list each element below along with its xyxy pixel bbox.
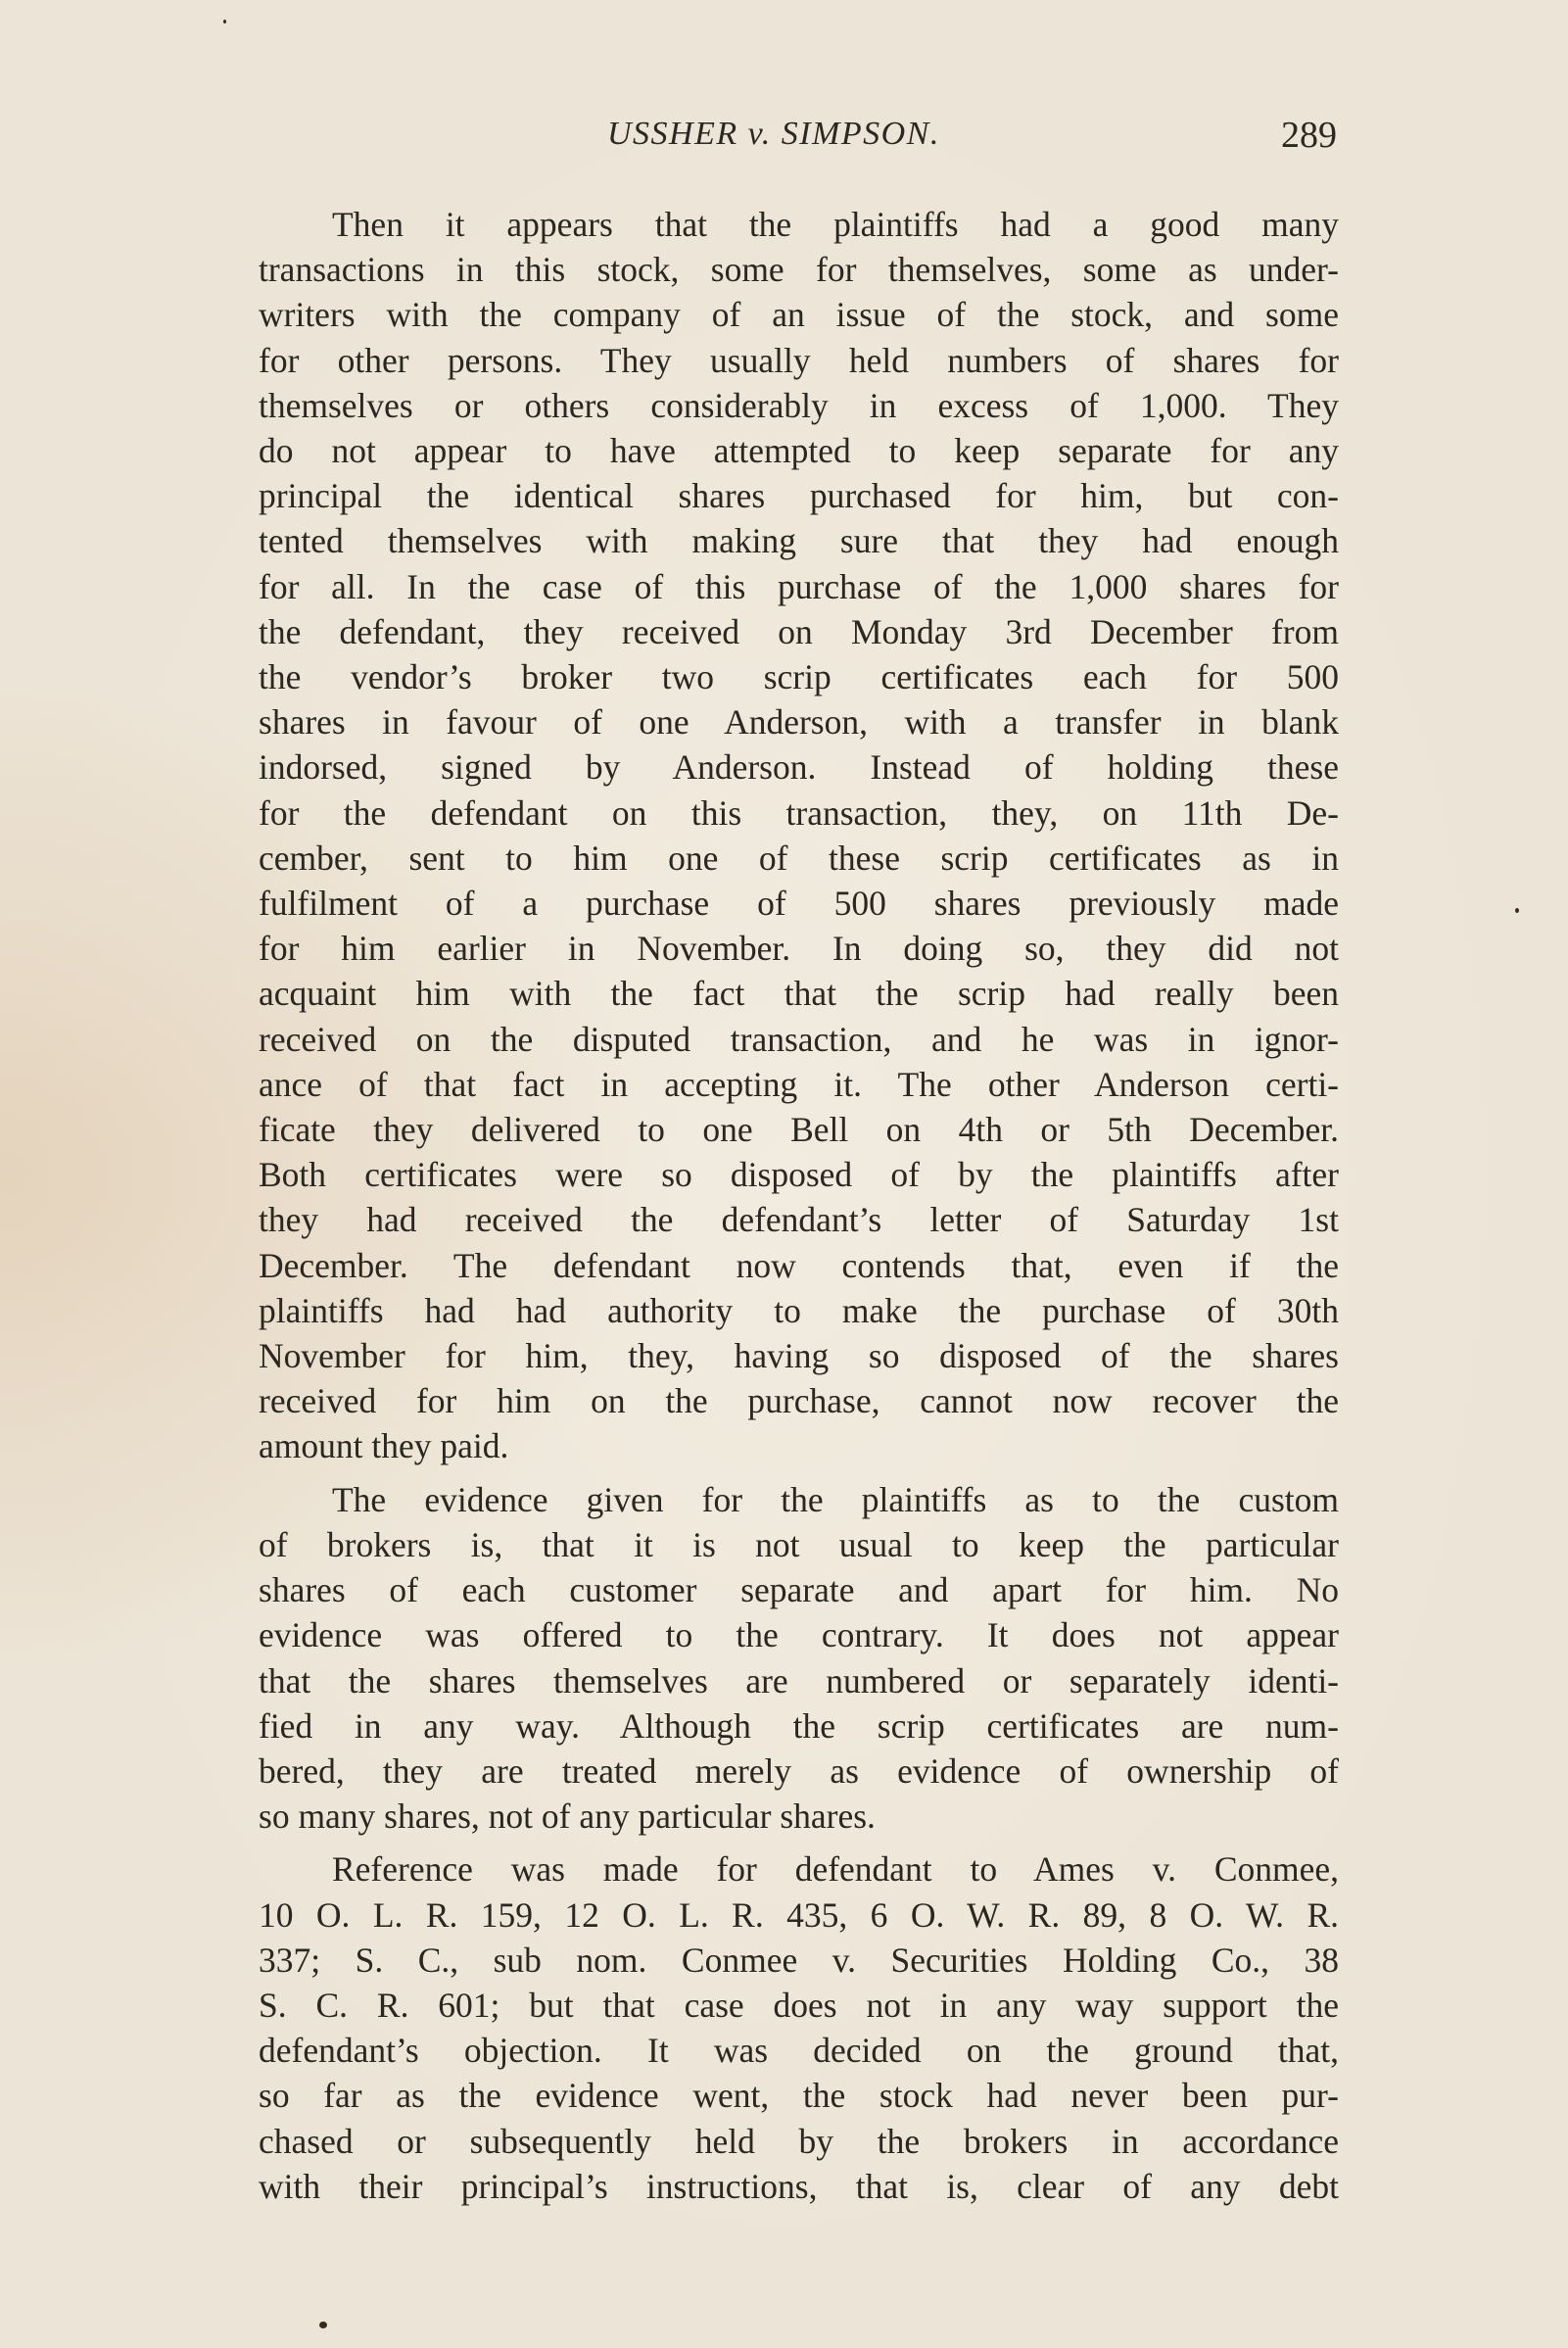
paragraph-2: The evidence given for the plaintiffs as… (259, 1477, 1339, 1840)
text-line: fulfilment of a purchase of 500 shares p… (259, 881, 1339, 926)
book-page: USSHER v. SIMPSON. 289 Then it appears t… (259, 116, 1339, 2209)
text-line: 337; S. C., sub nom. Conmee v. Securitie… (259, 1938, 1339, 1983)
text-line: transactions in this stock, some for the… (259, 247, 1339, 292)
text-line: for him earlier in November. In doing so… (259, 926, 1339, 971)
text-line: evidence was offered to the contrary. It… (259, 1612, 1339, 1657)
page-number: 289 (1281, 114, 1337, 157)
text-line: defendant’s objection. It was decided on… (259, 2028, 1339, 2073)
text-line: themselves or others considerably in exc… (259, 383, 1339, 428)
text-line: do not appear to have attempted to keep … (259, 428, 1339, 473)
text-line: received on the disputed transaction, an… (259, 1017, 1339, 1062)
text-line: shares in favour of one Anderson, with a… (259, 699, 1339, 744)
text-line: S. C. R. 601; but that case does not in … (259, 1983, 1339, 2028)
text-line: plaintiffs had had authority to make the… (259, 1288, 1339, 1333)
text-line: principal the identical shares purchased… (259, 473, 1339, 518)
paper-speck (1515, 908, 1519, 913)
text-line: cember, sent to him one of these scrip c… (259, 836, 1339, 881)
paper-speck (319, 2322, 327, 2328)
text-line: shares of each customer separate and apa… (259, 1567, 1339, 1612)
text-line: ficate they delivered to one Bell on 4th… (259, 1107, 1339, 1152)
text-line: bered, they are treated merely as eviden… (259, 1749, 1339, 1794)
text-line: the vendor’s broker two scrip certificat… (259, 654, 1339, 699)
body-text: Then it appears that the plaintiffs had … (259, 202, 1339, 2209)
running-head: USSHER v. SIMPSON. 289 (259, 116, 1339, 165)
text-line: so far as the evidence went, the stock h… (259, 2073, 1339, 2118)
text-line: acquaint him with the fact that the scri… (259, 971, 1339, 1016)
text-line: tented themselves with making sure that … (259, 518, 1339, 563)
text-line: writers with the company of an issue of … (259, 292, 1339, 337)
paper-speck (223, 20, 226, 24)
text-line: for the defendant on this transaction, t… (259, 791, 1339, 836)
text-line: of brokers is, that it is not usual to k… (259, 1522, 1339, 1567)
text-line: The evidence given for the plaintiffs as… (259, 1477, 1339, 1522)
text-line: 10 O. L. R. 159, 12 O. L. R. 435, 6 O. W… (259, 1893, 1339, 1938)
text-line: received for him on the purchase, cannot… (259, 1378, 1339, 1423)
paragraph-3: Reference was made for defendant to Ames… (259, 1846, 1339, 2209)
text-line: the defendant, they received on Monday 3… (259, 609, 1339, 654)
text-line: indorsed, signed by Anderson. Instead of… (259, 744, 1339, 790)
text-line: fied in any way. Although the scrip cert… (259, 1703, 1339, 1749)
paragraph-1: Then it appears that the plaintiffs had … (259, 202, 1339, 1469)
case-title: USSHER v. SIMPSON. (607, 116, 940, 153)
text-line: they had received the defendant’s letter… (259, 1197, 1339, 1242)
text-line: amount they paid. (259, 1423, 1339, 1468)
text-line: so many shares, not of any particular sh… (259, 1794, 1339, 1839)
text-line: November for him, they, having so dispos… (259, 1333, 1339, 1378)
text-line: ance of that fact in accepting it. The o… (259, 1062, 1339, 1107)
text-line: for all. In the case of this purchase of… (259, 564, 1339, 609)
text-line: December. The defendant now contends tha… (259, 1243, 1339, 1288)
text-line: for other persons. They usually held num… (259, 338, 1339, 383)
text-line: Both certificates were so disposed of by… (259, 1152, 1339, 1197)
text-line: Then it appears that the plaintiffs had … (259, 202, 1339, 247)
text-line: chased or subsequently held by the broke… (259, 2119, 1339, 2164)
text-line: that the shares themselves are numbered … (259, 1658, 1339, 1703)
text-line: Reference was made for defendant to Ames… (259, 1846, 1339, 1892)
text-line: with their principal’s instructions, tha… (259, 2164, 1339, 2209)
